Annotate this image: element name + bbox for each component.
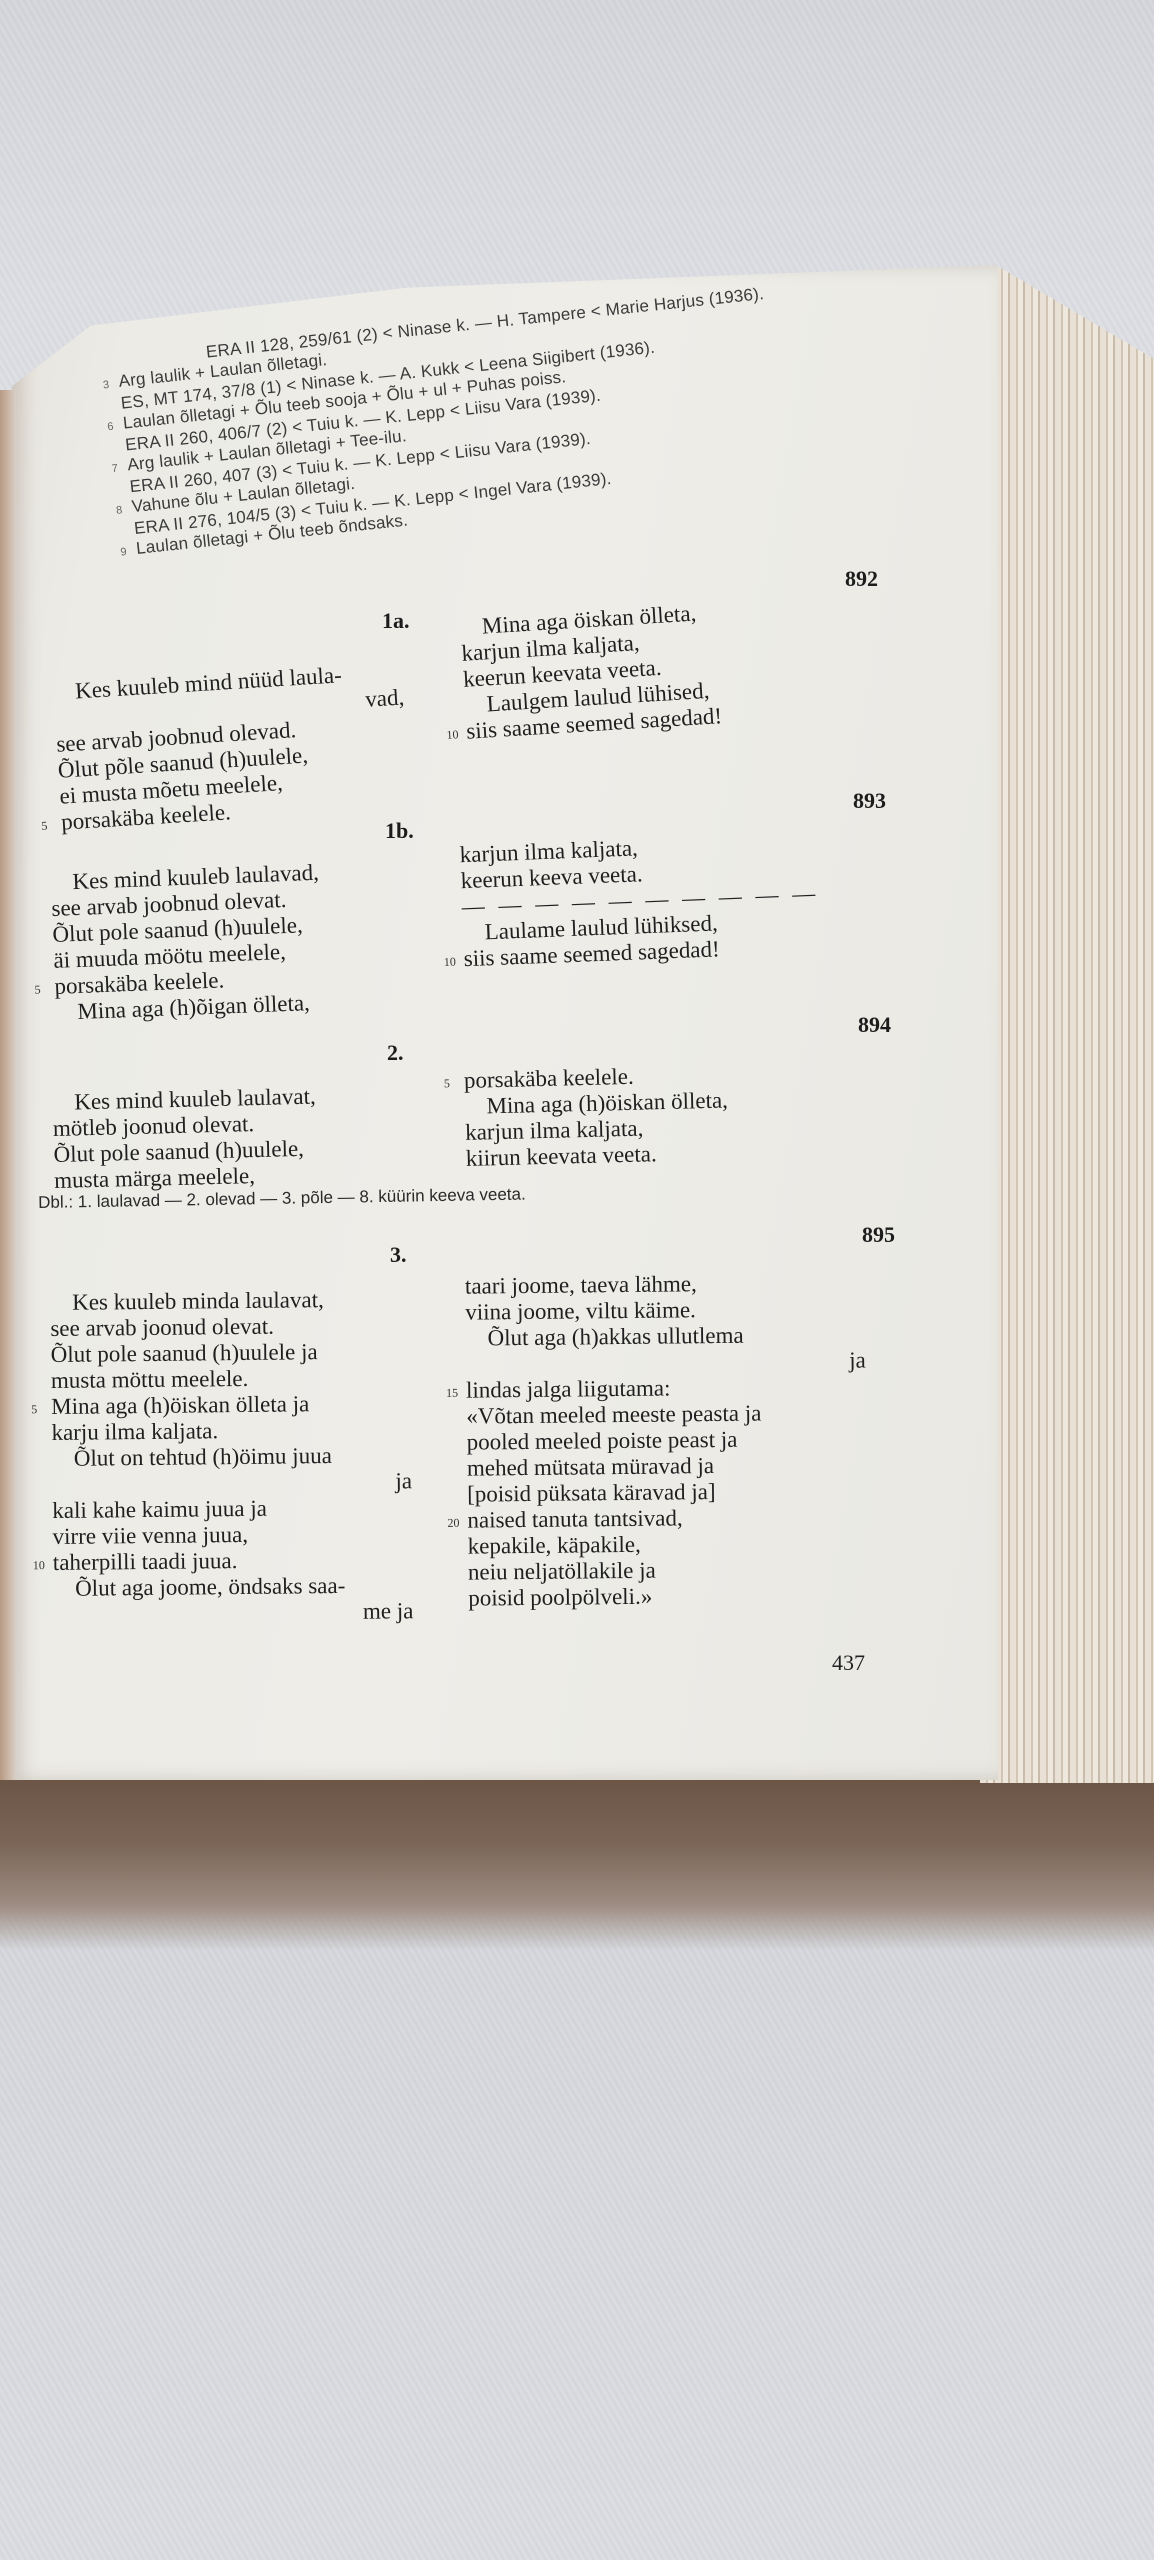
line-number: 20 <box>447 1510 459 1536</box>
line-number: 5 <box>444 1070 451 1096</box>
line-number: 15 <box>446 1380 458 1406</box>
verse-line: 5Mina aga (h)öiskan ölleta ja <box>51 1390 411 1420</box>
song-left-column: Kes mind kuuleb laulavad, see arvab joob… <box>50 856 416 1026</box>
song-right-column: taari joome, taeva lähme, viina joome, v… <box>465 1269 869 1611</box>
verse-line: musta möttu meelele. <box>51 1364 411 1394</box>
line-number: 5 <box>34 976 41 1002</box>
verse-line: 10taherpilli taadi juua. <box>53 1546 413 1576</box>
verse-line: virre viie venna juua, <box>52 1520 412 1550</box>
verse-line: karju ilma kaljata. <box>51 1416 411 1446</box>
song-left-column: Kes kuuleb mind nüüd laula- vad, see arv… <box>52 659 411 836</box>
verse-line: Kes kuuleb minda laulavat, <box>50 1286 410 1316</box>
song-number: 892 <box>845 566 878 592</box>
song-number: 894 <box>858 1012 891 1038</box>
verse-line: Õlut pole saanud (h)uulele ja <box>51 1338 411 1368</box>
line-number: 10 <box>443 948 456 974</box>
page-number: 437 <box>832 1650 865 1676</box>
book-edge-shadow <box>0 1770 1154 1950</box>
song-left-column: Kes mind kuuleb laulavat, mötleb joonud … <box>52 1081 414 1194</box>
line-number: 5 <box>31 1396 37 1422</box>
song-heading: 2. <box>387 1040 404 1066</box>
verse-line: me ja <box>53 1598 413 1628</box>
verse-line: ja <box>52 1468 412 1498</box>
song-heading: 3. <box>390 1242 407 1268</box>
song-right-column: karjun ilma kaljata, keerun keeva veeta.… <box>459 827 864 972</box>
song-right-column: Mina aga öiskan ölleta, karjun ilma kalj… <box>459 591 866 745</box>
song-heading: 1b. <box>385 818 414 844</box>
song-right-column: 5porsakäba keelele. Mina aga (h)öiskan ö… <box>464 1058 866 1172</box>
line-number: 10 <box>446 721 460 748</box>
page-stack-edge <box>980 268 1154 1783</box>
verse-line: Õlut on tehtud (h)öimu juua <box>52 1442 412 1472</box>
line-number: 10 <box>33 1552 45 1578</box>
song-left-column: Kes kuuleb minda laulavat, see arvab joo… <box>50 1286 414 1628</box>
verse-line: Õlut aga joome, öndsaks saa- <box>53 1572 413 1602</box>
song-heading: 1a. <box>382 608 410 634</box>
verse-line: poisid poolpölveli.» <box>468 1581 868 1611</box>
song-number: 895 <box>862 1222 895 1248</box>
verse-line: see arvab joonud olevat. <box>50 1312 410 1342</box>
verse-line: kali kahe kaimu juua ja <box>52 1494 412 1524</box>
song-number: 893 <box>853 788 886 814</box>
book-spine-edge <box>0 390 16 1780</box>
